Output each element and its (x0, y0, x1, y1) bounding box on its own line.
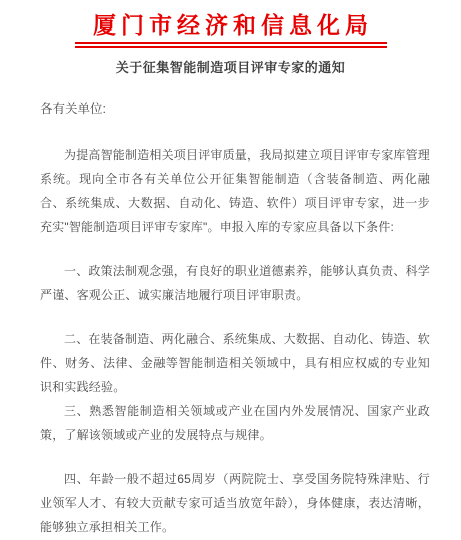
agency-name-title: 厦门市经济和信息化局 (0, 11, 461, 40)
notice-body: 各有关单位: 为提高智能制造相关项目评审质量，我局拟建立项目评审专家库管理系统。… (0, 101, 461, 539)
document-masthead: 厦门市经济和信息化局 关于征集智能制造项目评审专家的通知 (0, 0, 461, 76)
salutation: 各有关单位: (40, 101, 430, 117)
intro-paragraph: 为提高智能制造相关项目评审质量，我局拟建立项目评审专家库管理系统。现向全市各有关… (40, 143, 430, 239)
paragraph-list: 为提高智能制造相关项目评审质量，我局拟建立项目评审专家库管理系统。现向全市各有关… (40, 143, 430, 539)
condition-4-paragraph: 四、年龄一般不超过65周岁（两院院士、享受国务院特殊津贴、行业领军人才、有较大贡… (40, 467, 430, 539)
condition-1-paragraph: 一、政策法制观念强，有良好的职业道德素养，能够认真负责、科学严谨、客观公正、诚实… (40, 259, 430, 307)
notice-document: 厦门市经济和信息化局 关于征集智能制造项目评审专家的通知 各有关单位: 为提高智… (0, 0, 461, 540)
condition-3-paragraph: 三、熟悉智能制造相关领域或产业在国内外发展情况、国家产业政策，了解该领域或产业的… (40, 399, 430, 447)
notice-title: 关于征集智能制造项目评审专家的通知 (0, 60, 461, 76)
condition-2-paragraph: 二、在装备制造、两化融合、系统集成、大数据、自动化、铸造、软件、财务、法律、金融… (40, 327, 430, 399)
masthead-double-rule (75, 42, 387, 48)
